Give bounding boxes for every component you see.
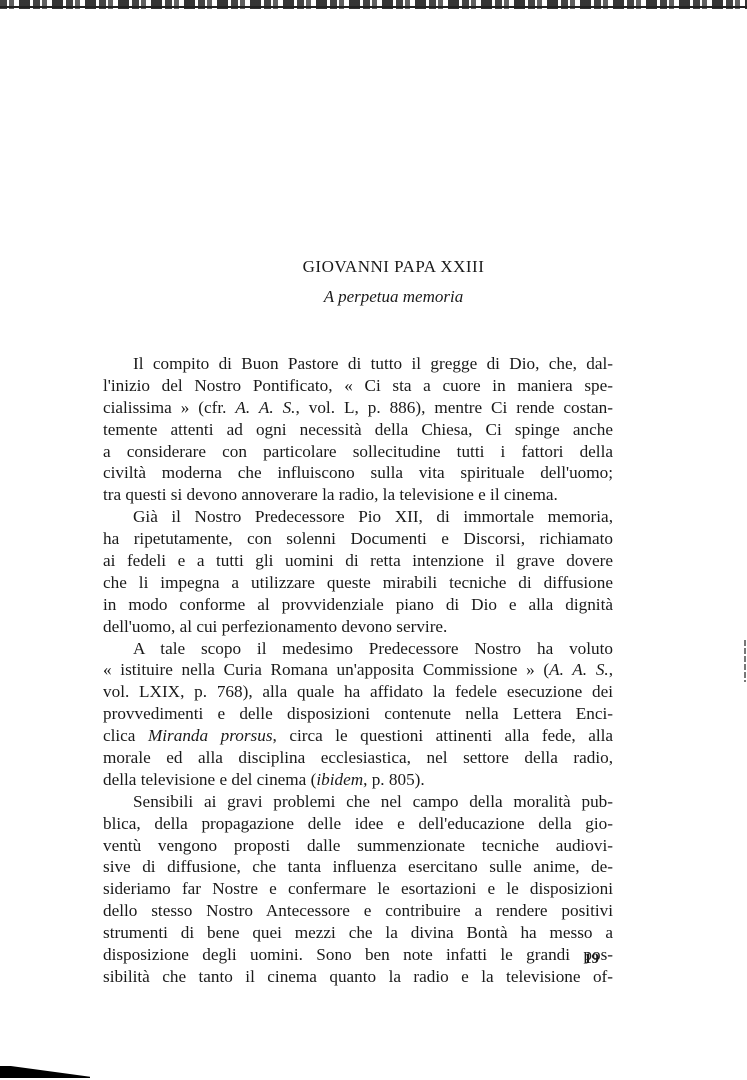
text-line: in modo conforme al provvidenziale piano…	[103, 594, 613, 616]
document-subtitle: A perpetua memoria	[0, 287, 747, 307]
citation-aas: A. A. S.	[235, 398, 295, 417]
text-line: sibilità che tanto il cinema quanto la r…	[103, 966, 613, 988]
text-line: della televisione e del cinema (ibidem, …	[103, 769, 613, 791]
text-line: sideriamo far Nostre e confermare le eso…	[103, 878, 613, 900]
text-line: ai fedeli e a tutti gli uomini di retta …	[103, 550, 613, 572]
scan-artifact-top-line	[0, 6, 747, 8]
text-line: che li impegna a utilizzare queste mirab…	[103, 572, 613, 594]
text-line: « istituire nella Curia Romana un'apposi…	[103, 659, 613, 681]
scan-artifact-bottom	[0, 1066, 90, 1078]
text-line: a considerare con particolare sollecitud…	[103, 441, 613, 463]
text-line: l'inizio del Nostro Pontificato, « Ci st…	[103, 375, 613, 397]
text-line: vol. LXIX, p. 768), alla quale ha affida…	[103, 681, 613, 703]
text-line: temente attenti ad ogni necessità della …	[103, 419, 613, 441]
text-line: cialissima » (cfr. A. A. S., vol. L, p. …	[103, 397, 613, 419]
text-line: ha ripetutamente, con solenni Documenti …	[103, 528, 613, 550]
text-line: disposizione degli uomini. Sono ben note…	[103, 944, 613, 966]
text-line: clica Miranda prorsus, circa le question…	[103, 725, 613, 747]
text-line: Il compito di Buon Pastore di tutto il g…	[103, 353, 613, 375]
text-line: Sensibili ai gravi problemi che nel camp…	[103, 791, 613, 813]
text-line: tra questi si devono annoverare la radio…	[103, 484, 613, 506]
page-number: 19	[584, 951, 599, 968]
text-line: sive di diffusione, che tanta influenza …	[103, 856, 613, 878]
document-title: GIOVANNI PAPA XXIII	[0, 257, 747, 277]
text-line: provvedimenti e delle disposizioni conte…	[103, 703, 613, 725]
text-line: dello stesso Nostro Antecessore e contri…	[103, 900, 613, 922]
text-line: civiltà moderna che influiscono sulla vi…	[103, 462, 613, 484]
text-line: morale ed alla disciplina ecclesiastica,…	[103, 747, 613, 769]
text-line: Già il Nostro Predecessore Pio XII, di i…	[103, 506, 613, 528]
citation-ibidem: ibidem	[316, 770, 363, 789]
text-line: A tale scopo il medesimo Predecessore No…	[103, 638, 613, 660]
text-line: dell'uomo, al cui perfezionamento devono…	[103, 616, 613, 638]
scan-artifact-right	[744, 640, 746, 682]
text-line: ventù vengono proposti dalle summenziona…	[103, 835, 613, 857]
text-line: blica, della propagazione delle idee e d…	[103, 813, 613, 835]
body-text: Il compito di Buon Pastore di tutto il g…	[103, 353, 613, 988]
text-line: strumenti di bene quei mezzi che la divi…	[103, 922, 613, 944]
citation-aas: A. A. S.	[549, 660, 609, 679]
encyclical-title: Miranda prorsus	[148, 726, 273, 745]
